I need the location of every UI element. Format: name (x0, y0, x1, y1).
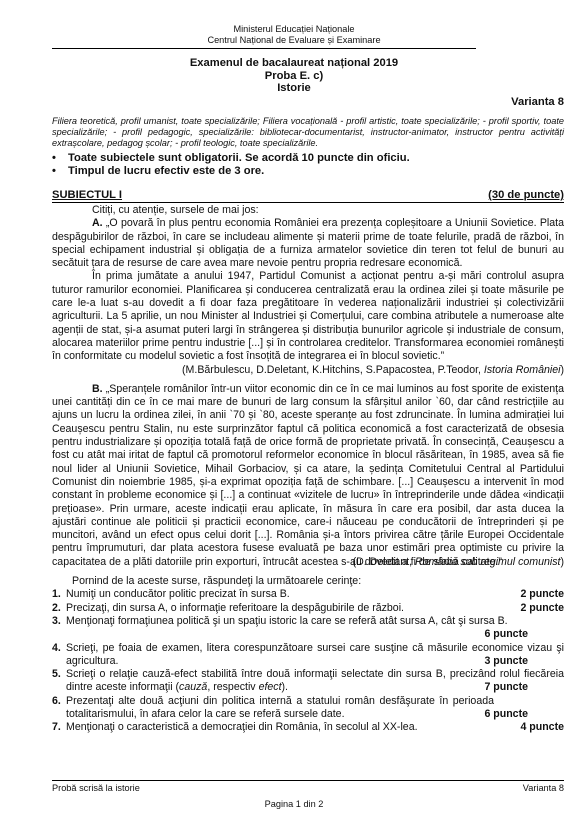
source-a-citation: (M.Bărbulescu, D.Deletant, K.Hitchins, S… (52, 364, 564, 377)
question-5-points: 7 puncte (484, 681, 528, 694)
footer-rule (52, 780, 564, 781)
exam-proba: Proba E. c) (0, 70, 588, 83)
variant-label: Varianta 8 (511, 96, 564, 109)
rule-item: Toate subiectele sunt obligatorii. Se ac… (52, 152, 564, 165)
center-name: Centrul Național de Evaluare și Examinar… (0, 35, 588, 46)
question-3-points: 6 puncte (52, 628, 564, 641)
source-b: B. „Speranțele românilor într-un viitor … (52, 383, 564, 569)
source-b-text: „Speranțele românilor într-un viitor eco… (52, 383, 564, 568)
header-rule (52, 48, 476, 49)
page-number: Pagina 1 din 2 (0, 799, 588, 810)
subject-heading: SUBIECTUL I (30 de puncte) (52, 189, 564, 203)
question-2: 2. Precizaţi, din sursa A, o informaţie … (52, 602, 564, 615)
source-b-label: B. (92, 383, 103, 395)
page-header: Ministerul Educației Naționale Centrul N… (0, 24, 588, 46)
source-a-label: A. (92, 217, 103, 229)
question-7: 7. Menţionaţi o caracteristică a democra… (52, 721, 564, 734)
footer-left: Probă scrisă la istorie (52, 783, 140, 794)
subject-points: (30 de puncte) (488, 189, 564, 202)
exam-title-block: Examenul de bacalaureat național 2019 Pr… (0, 57, 588, 95)
question-4-points: 3 puncte (484, 655, 528, 668)
footer-right: Varianta 8 (523, 783, 564, 794)
source-a-text: „O povară în plus pentru economia Români… (52, 217, 564, 269)
instruction-text: Pornind de la aceste surse, răspundeţi l… (52, 575, 564, 588)
rules-list: Toate subiectele sunt obligatorii. Se ac… (52, 152, 564, 179)
source-a-p2: În prima jumătate a anului 1947, Partidu… (52, 270, 564, 363)
question-6-points: 6 puncte (484, 708, 528, 721)
question-1: 1. Numiţi un conducător politic precizat… (52, 588, 564, 601)
source-a-p1: A. „O povară în plus pentru economia Rom… (52, 217, 564, 270)
exam-subject: Istorie (0, 82, 588, 95)
filiera-text: Filiera teoretică, profil umanist, toate… (52, 116, 564, 149)
exam-title: Examenul de bacalaureat național 2019 (0, 57, 588, 70)
subject-title: SUBIECTUL I (52, 189, 122, 202)
ministry-name: Ministerul Educației Naționale (0, 24, 588, 35)
question-3: 3. Menţionaţi formaţiunea politică şi un… (52, 615, 564, 628)
source-b-citation: (D. Deletant, România sub regimul comuni… (353, 556, 564, 569)
intro-text: Citiți, cu atenție, sursele de mai jos: (52, 204, 564, 217)
sources-block: Citiți, cu atenție, sursele de mai jos: … (52, 204, 564, 735)
rule-item: Timpul de lucru efectiv este de 3 ore. (52, 165, 564, 178)
